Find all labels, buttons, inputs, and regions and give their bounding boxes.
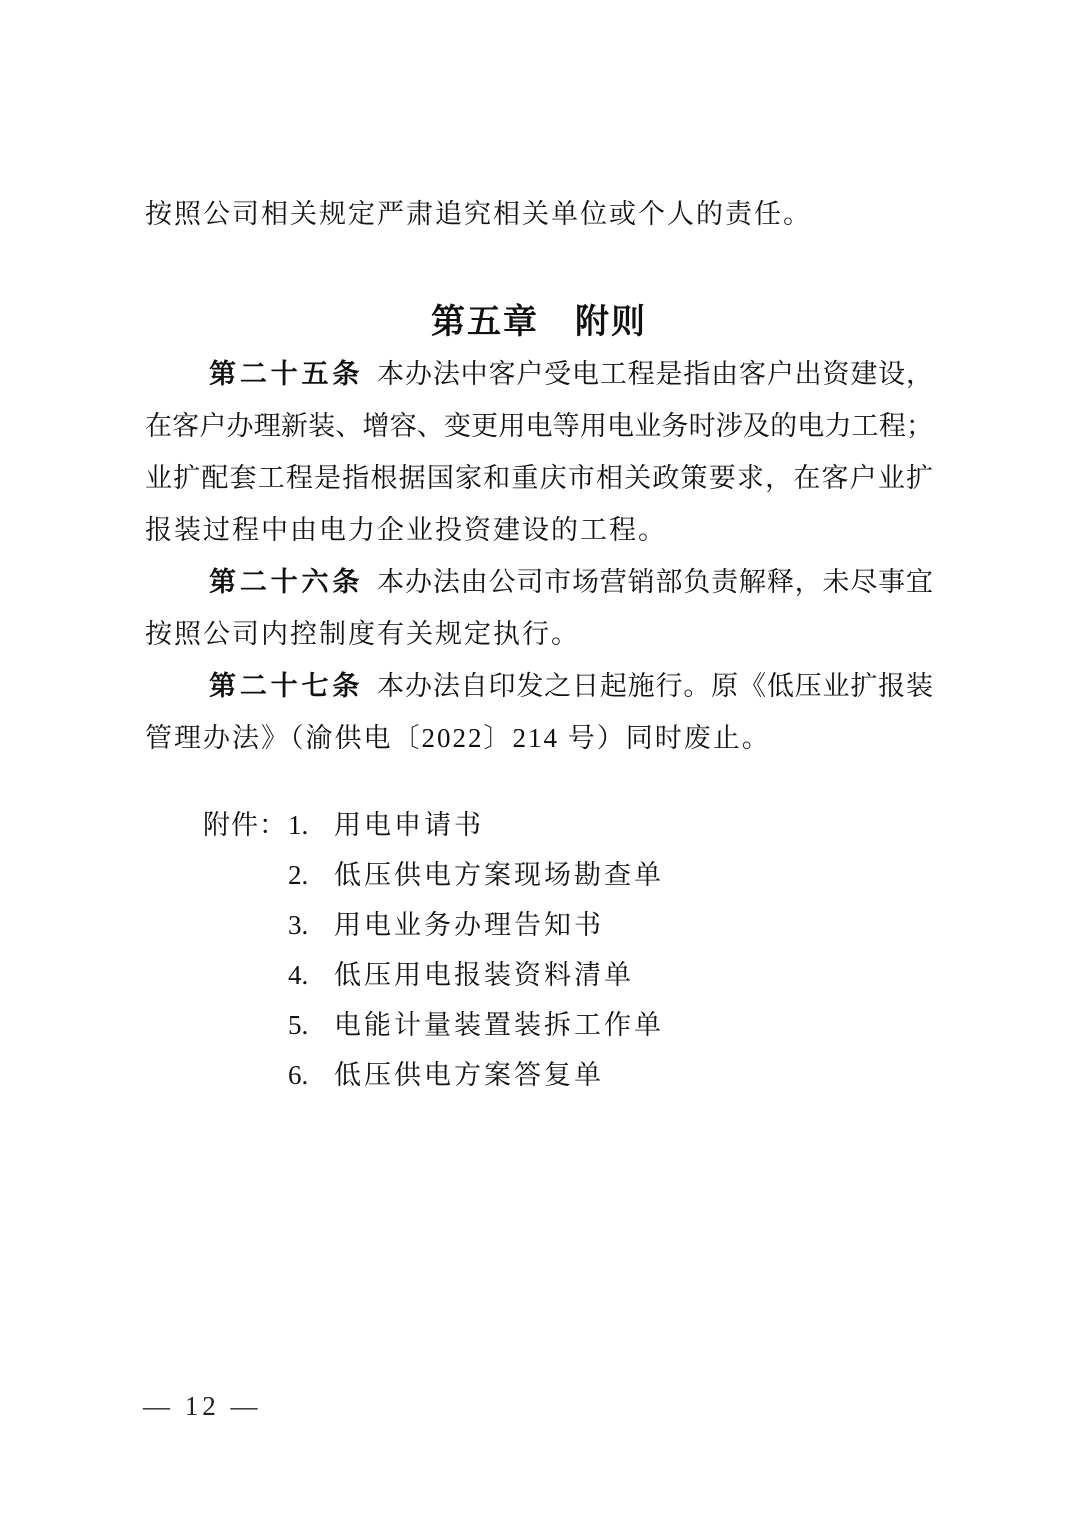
document-page: 按照公司相关规定严肃追究相关单位或个人的责任。 第五章 附则 第二十五条本办法中… <box>0 0 1074 1520</box>
attachments-block: 附件： 1. 用电申请书 2. 低压供电方案现场勘查单 3. 用电业务办理告知书… <box>203 800 664 1100</box>
attachment-item: 用电业务办理告知书 <box>334 900 664 950</box>
article-label: 第二十七条 <box>209 671 363 701</box>
page-number-footer: — 12 — <box>143 1388 262 1424</box>
article-paragraph-26: 第二十六条本办法由公司市场营销部负责解释，未尽事宜 按照公司内控制度有关规定执行… <box>145 556 933 660</box>
article-label: 第二十六条 <box>209 567 363 597</box>
attachments-label-spacer <box>203 900 288 950</box>
attachments-label-spacer <box>203 850 288 900</box>
attachments-label-spacer <box>203 950 288 1000</box>
article-line: 在客户办理新装、增容、变更用电等用电业务时涉及的电力工程； <box>145 400 933 452</box>
attachment-number: 2. <box>288 850 334 900</box>
article-line: 第二十五条本办法中客户受电工程是指由客户出资建设， <box>145 348 933 400</box>
attachment-item: 低压供电方案答复单 <box>334 1050 664 1100</box>
attachment-number: 4. <box>288 950 334 1000</box>
article-line: 报装过程中由电力企业投资建设的工程。 <box>145 504 933 556</box>
article-text: 本办法中客户受电工程是指由客户出资建设， <box>377 359 933 389</box>
attachment-number: 1. <box>288 800 334 850</box>
attachment-item: 用电申请书 <box>334 800 664 850</box>
attachments-label-spacer <box>203 1050 288 1100</box>
article-line: 业扩配套工程是指根据国家和重庆市相关政策要求，在客户业扩 <box>145 452 933 504</box>
chapter-heading: 第五章 附则 <box>145 296 933 348</box>
article-line: 管理办法》（渝供电〔2022〕214 号）同时废止。 <box>145 712 933 764</box>
article-text: 本办法自印发之日起施行。原《低压业扩报装 <box>377 671 933 701</box>
paragraph-line: 按照公司相关规定严肃追究相关单位或个人的责任。 <box>145 188 933 240</box>
article-label: 第二十五条 <box>209 359 363 389</box>
continuation-paragraph: 按照公司相关规定严肃追究相关单位或个人的责任。 <box>145 188 933 240</box>
article-text: 本办法由公司市场营销部负责解释，未尽事宜 <box>377 567 933 597</box>
article-line: 第二十六条本办法由公司市场营销部负责解释，未尽事宜 <box>145 556 933 608</box>
article-line: 按照公司内控制度有关规定执行。 <box>145 608 933 660</box>
article-line: 第二十七条本办法自印发之日起施行。原《低压业扩报装 <box>145 660 933 712</box>
attachment-number: 6. <box>288 1050 334 1100</box>
attachment-item: 低压用电报装资料清单 <box>334 950 664 1000</box>
attachments-label-spacer <box>203 1000 288 1050</box>
article-paragraph-27: 第二十七条本办法自印发之日起施行。原《低压业扩报装 管理办法》（渝供电〔2022… <box>145 660 933 764</box>
article-paragraph-25: 第二十五条本办法中客户受电工程是指由客户出资建设， 在客户办理新装、增容、变更用… <box>145 348 933 556</box>
attachments-label: 附件： <box>203 800 288 850</box>
attachment-item: 电能计量装置装拆工作单 <box>334 1000 664 1050</box>
attachment-number: 3. <box>288 900 334 950</box>
attachment-item: 低压供电方案现场勘查单 <box>334 850 664 900</box>
attachment-number: 5. <box>288 1000 334 1050</box>
